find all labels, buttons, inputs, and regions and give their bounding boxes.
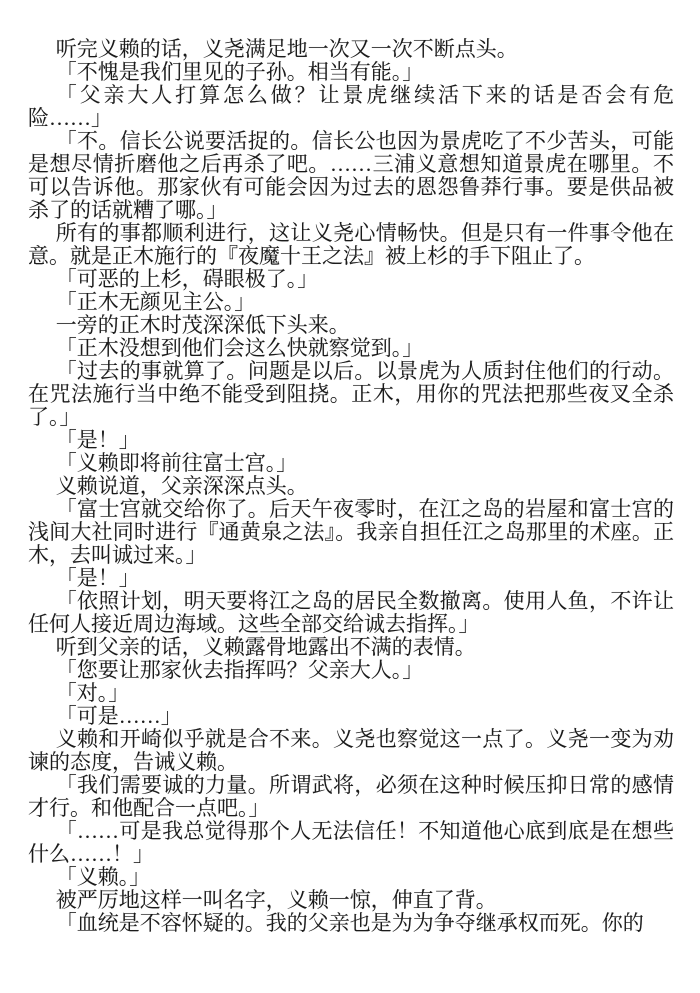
paragraph: 「过去的事就算了。问题是以后。以景虎为人质封住他们的行动。在咒法施行当中绝不能受… bbox=[28, 360, 674, 429]
paragraph: 义赖和开崎似乎就是合不来。义尧也察觉这一点了。义尧一变为劝谏的态度，告诫义赖。 bbox=[28, 728, 674, 774]
paragraph: 「正木没想到他们会这么快就察觉到。」 bbox=[28, 337, 674, 360]
paragraph: 义赖说道，父亲深深点头。 bbox=[28, 475, 674, 498]
paragraph: 「可是……」 bbox=[28, 705, 674, 728]
paragraph: 「富士宫就交给你了。后天午夜零时，在江之岛的岩屋和富士宫的浅间大社同时进行『通黄… bbox=[28, 498, 674, 567]
paragraph: 一旁的正木时茂深深低下头来。 bbox=[28, 314, 674, 337]
paragraph: 「义赖。」 bbox=[28, 866, 674, 889]
paragraph: 所有的事都顺利进行，这让义尧心情畅快。但是只有一件事令他在意。就是正木施行的『夜… bbox=[28, 222, 674, 268]
paragraph: 「您要让那家伙去指挥吗？父亲大人。」 bbox=[28, 659, 674, 682]
paragraph: 「可恶的上杉，碍眼极了。」 bbox=[28, 268, 674, 291]
paragraph: 被严厉地这样一叫名字，义赖一惊，伸直了背。 bbox=[28, 889, 674, 912]
paragraph: 「不愧是我们里见的子孙。相当有能。」 bbox=[28, 61, 674, 84]
paragraph: 「对。」 bbox=[28, 682, 674, 705]
paragraph: 「依照计划，明天要将江之岛的居民全数撤离。使用人鱼，不许让任何人接近周边海域。这… bbox=[28, 590, 674, 636]
paragraph: 听到父亲的话，义赖露骨地露出不满的表情。 bbox=[28, 636, 674, 659]
paragraph: 「是！」 bbox=[28, 567, 674, 590]
paragraph: 「父亲大人打算怎么做？让景虎继续活下来的话是否会有危险……」 bbox=[28, 84, 674, 130]
paragraph: 「义赖即将前往富士宫。」 bbox=[28, 452, 674, 475]
novel-page: 听完义赖的话，义尧满足地一次又一次不断点头。「不愧是我们里见的子孙。相当有能。」… bbox=[0, 0, 700, 993]
paragraph: 「血统是不容怀疑的。我的父亲也是为为争夺继承权而死。你的 bbox=[28, 912, 674, 935]
paragraph: 听完义赖的话，义尧满足地一次又一次不断点头。 bbox=[28, 38, 674, 61]
paragraph: 「……可是我总觉得那个人无法信任！不知道他心底到底是在想些什么……！」 bbox=[28, 820, 674, 866]
paragraph: 「我们需要诚的力量。所谓武将，必须在这种时候压抑日常的感情才行。和他配合一点吧。… bbox=[28, 774, 674, 820]
paragraph: 「正木无颜见主公。」 bbox=[28, 291, 674, 314]
paragraph: 「不。信长公说要活捉的。信长公也因为景虎吃了不少苦头，可能是想尽情折磨他之后再杀… bbox=[28, 130, 674, 222]
novel-text-column: 听完义赖的话，义尧满足地一次又一次不断点头。「不愧是我们里见的子孙。相当有能。」… bbox=[28, 38, 674, 935]
paragraph: 「是！」 bbox=[28, 429, 674, 452]
